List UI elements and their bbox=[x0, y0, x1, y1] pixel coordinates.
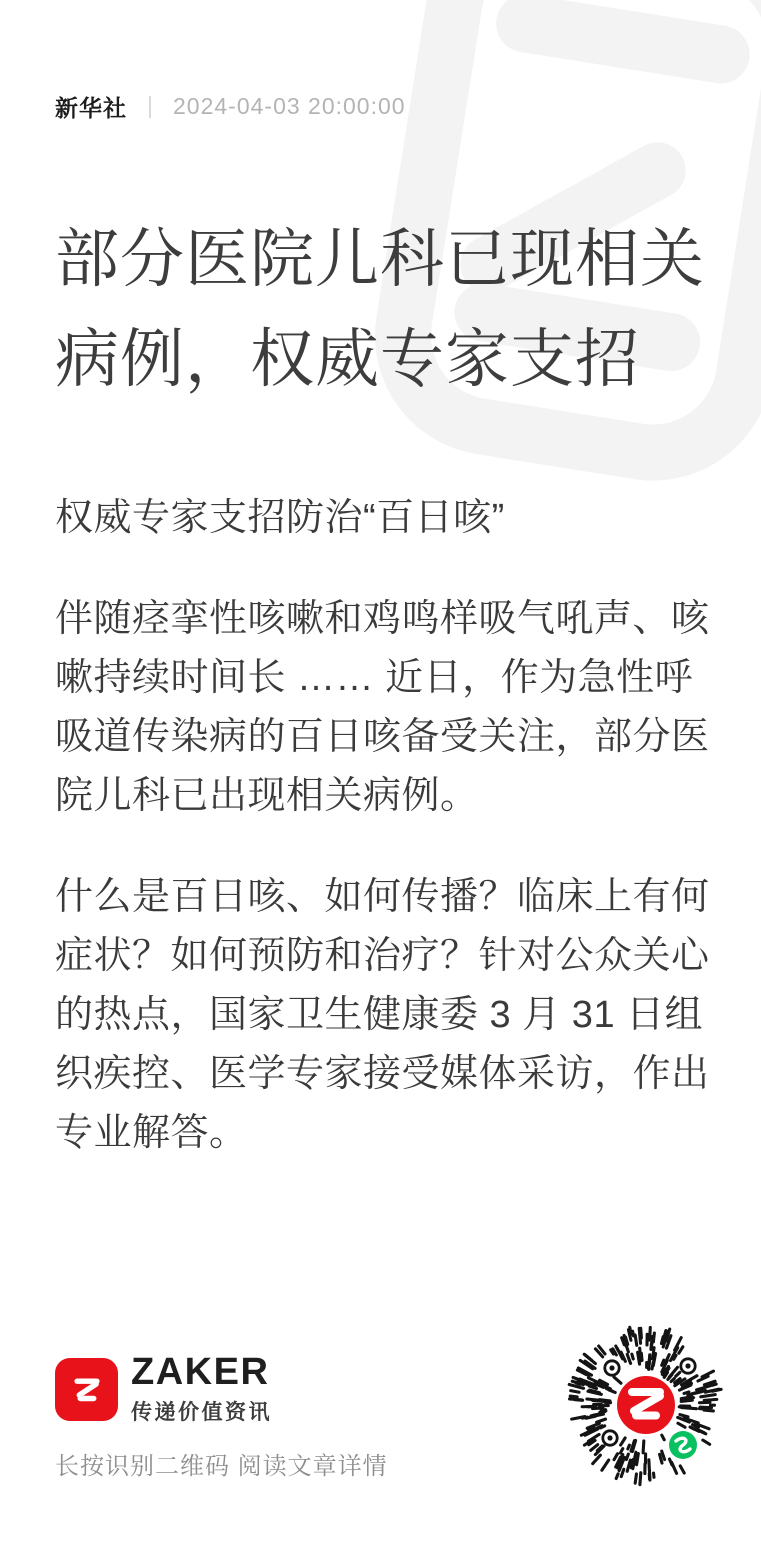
paragraph-lead: 伴随痉挛性咳嗽和鸡鸣样吸气吼声、咳嗽持续时间长 …… 近日，作为急性呼吸道传染病… bbox=[55, 590, 713, 826]
header-divider bbox=[149, 96, 151, 118]
article-title: 部分医院儿科已现相关病例，权威专家支招 bbox=[55, 209, 715, 409]
brand-name: ZAKER bbox=[131, 1353, 272, 1391]
qr-caption: 长按识别二维码 阅读文章详情 bbox=[55, 1446, 388, 1481]
paragraph-subtitle: 权威专家支招防治“百日咳” bbox=[55, 489, 713, 548]
brand-slogan: 传递价值资讯 bbox=[131, 1396, 272, 1426]
article-header: 新华社 2024-04-03 20:00:00 bbox=[55, 90, 711, 123]
article-content: 新华社 2024-04-03 20:00:00 部分医院儿科已现相关病例，权威专… bbox=[0, 0, 761, 1548]
footer-brand: ZAKER 传递价值资讯 bbox=[55, 1353, 272, 1426]
source-name: 新华社 bbox=[55, 90, 127, 123]
wechat-miniprogram-qr-icon[interactable] bbox=[563, 1322, 729, 1488]
zaker-z-icon bbox=[55, 1358, 118, 1421]
publish-timestamp: 2024-04-03 20:00:00 bbox=[173, 93, 406, 120]
paragraph-detail: 什么是百日咳、如何传播？临床上有何症状？如何预防和治疗？针对公众关心的热点，国家… bbox=[55, 868, 713, 1163]
brand-text-block: ZAKER 传递价值资讯 bbox=[131, 1353, 272, 1426]
share-card: 新华社 2024-04-03 20:00:00 部分医院儿科已现相关病例，权威专… bbox=[0, 0, 761, 1548]
article-body: 权威专家支招防治“百日咳” 伴随痉挛性咳嗽和鸡鸣样吸气吼声、咳嗽持续时间长 ……… bbox=[55, 489, 713, 1163]
